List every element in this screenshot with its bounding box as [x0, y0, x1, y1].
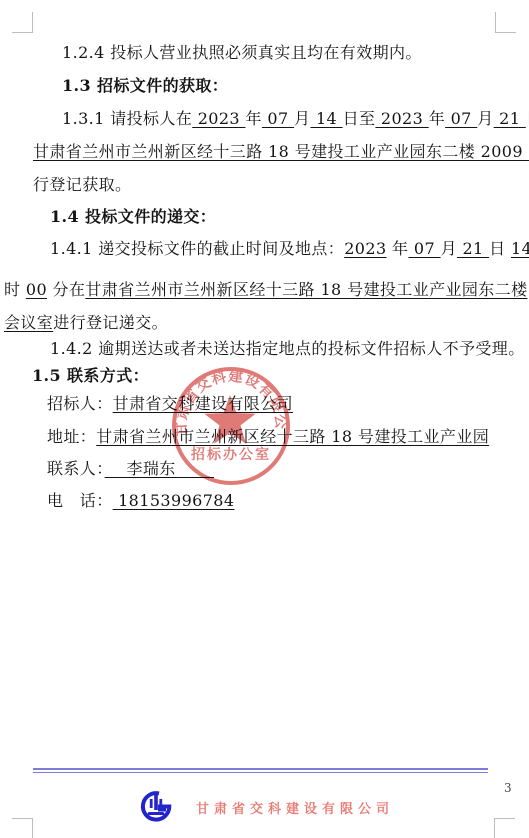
- underlined-text: 00: [26, 280, 47, 299]
- underlined-text: 14: [511, 239, 529, 258]
- underlined-text: 21: [457, 239, 489, 258]
- heading-1-3: 1.3 招标文件的获取：: [62, 77, 228, 95]
- clause-1-4-1-line1: 1.4.1 递交投标文件的截止时间及地点：2023 年 07 月 21 日 14: [50, 240, 529, 258]
- contact-phone-line: 电 话： 18153996784: [47, 492, 234, 510]
- contact-address-line: 地址：甘肃省兰州市兰州新区经十三路 18 号建投工业产业园: [47, 428, 489, 446]
- text: 行登记获取。: [33, 175, 131, 194]
- text: 月: [294, 109, 310, 128]
- underlined-text: 07: [408, 239, 440, 258]
- clause-1-3-1-line1: 1.3.1 请投标人在 2023 年 07 月 14 日至 2023 年 07 …: [62, 110, 529, 128]
- text: 1.4.2 逾期送达或者未送达指定地点的投标文件招标人不予受理。: [50, 339, 525, 358]
- footer-rule: [33, 768, 488, 773]
- underlined-text: 2023: [192, 109, 245, 128]
- clause-1-3-1-line2: 甘肃省兰州市兰州新区经十三路 18 号建投工业产业园东二楼 2009 室进: [33, 143, 529, 161]
- underlined-text: 甘肃省兰州市兰州新区经十三路 18 号建投工业产业园东二楼: [85, 280, 527, 299]
- footer-company-name: 甘肃省交科建设有限公司: [196, 798, 394, 817]
- clause-1-3-1-line3: 行登记获取。: [33, 176, 131, 194]
- text: 1.3.1 请投标人在: [62, 109, 192, 128]
- text: 月: [441, 239, 457, 258]
- text: 日至: [343, 109, 376, 128]
- text: 时: [4, 280, 26, 299]
- text: 年: [387, 239, 409, 258]
- page-number: 3: [504, 781, 512, 795]
- crop-mark-top-left: [32, 12, 33, 33]
- text: 1.4 投标文件的递交：: [50, 207, 216, 226]
- text: 日: [489, 239, 511, 258]
- text: 年: [246, 109, 262, 128]
- crop-mark-bottom-right: [494, 818, 495, 838]
- crop-mark-bottom-left: [32, 818, 33, 838]
- clause-1-4-1-line2: 时 00 分在甘肃省兰州市兰州新区经十三路 18 号建投工业产业园东二楼: [4, 281, 528, 299]
- clause-1-4-2: 1.4.2 逾期送达或者未送达指定地点的投标文件招标人不予受理。: [50, 340, 525, 358]
- contact-person-line: 联系人： 李瑞东: [47, 460, 214, 478]
- underlined-text: 李瑞东: [105, 459, 214, 478]
- underlined-text: 21: [494, 109, 526, 128]
- underlined-text: 2023: [344, 239, 386, 258]
- clause-1-4-1-line3: 会议室进行登记递交。: [4, 314, 168, 332]
- text: 年: [429, 109, 445, 128]
- contact-tenderer-line: 招标人：甘肃省交科建设有限公司: [47, 395, 293, 413]
- text: 地址：: [47, 427, 96, 446]
- underlined-text: 甘肃省交科建设有限公司: [113, 394, 293, 413]
- text: 1.4.1 递交投标文件的截止时间及地点：: [50, 239, 344, 258]
- crop-mark-bottom-left: [12, 818, 33, 819]
- heading-1-4: 1.4 投标文件的递交：: [50, 208, 216, 226]
- text: 进行登记递交。: [53, 313, 168, 332]
- text: 电 话：: [47, 491, 113, 510]
- text: 月: [477, 109, 493, 128]
- clause-1-2-4: 1.2.4 投标人营业执照必须真实且均在有效期内。: [62, 44, 422, 62]
- underlined-text: 14: [310, 109, 342, 128]
- text: 1.5 联系方式：: [32, 366, 149, 385]
- underlined-text: 18153996784: [113, 491, 235, 510]
- underlined-text: 2023: [375, 109, 428, 128]
- heading-1-5: 1.5 联系方式：: [32, 367, 149, 385]
- text: 联系人：: [47, 459, 105, 478]
- underlined-text: 07: [262, 109, 294, 128]
- document-page: 1.2.4 投标人营业执照必须真实且均在有效期内。 1.3 招标文件的获取： 1…: [0, 0, 529, 838]
- text: 1.3 招标文件的获取：: [62, 76, 228, 95]
- text: 分在: [47, 280, 85, 299]
- company-logo-icon: [138, 788, 174, 824]
- underlined-text: 会议室: [4, 313, 53, 332]
- text: 1.2.4 投标人营业执照必须真实且均在有效期内。: [62, 43, 422, 62]
- underlined-text: 07: [445, 109, 477, 128]
- crop-mark-bottom-right: [494, 818, 515, 819]
- crop-mark-top-right: [495, 32, 516, 33]
- text: 招标人：: [47, 394, 113, 413]
- underlined-text: 甘肃省兰州市兰州新区经十三路 18 号建投工业产业园东二楼 2009 室: [33, 142, 529, 161]
- crop-mark-top-left: [12, 32, 33, 33]
- crop-mark-top-right: [495, 12, 496, 33]
- underlined-text: 甘肃省兰州市兰州新区经十三路 18 号建投工业产业园: [96, 427, 489, 446]
